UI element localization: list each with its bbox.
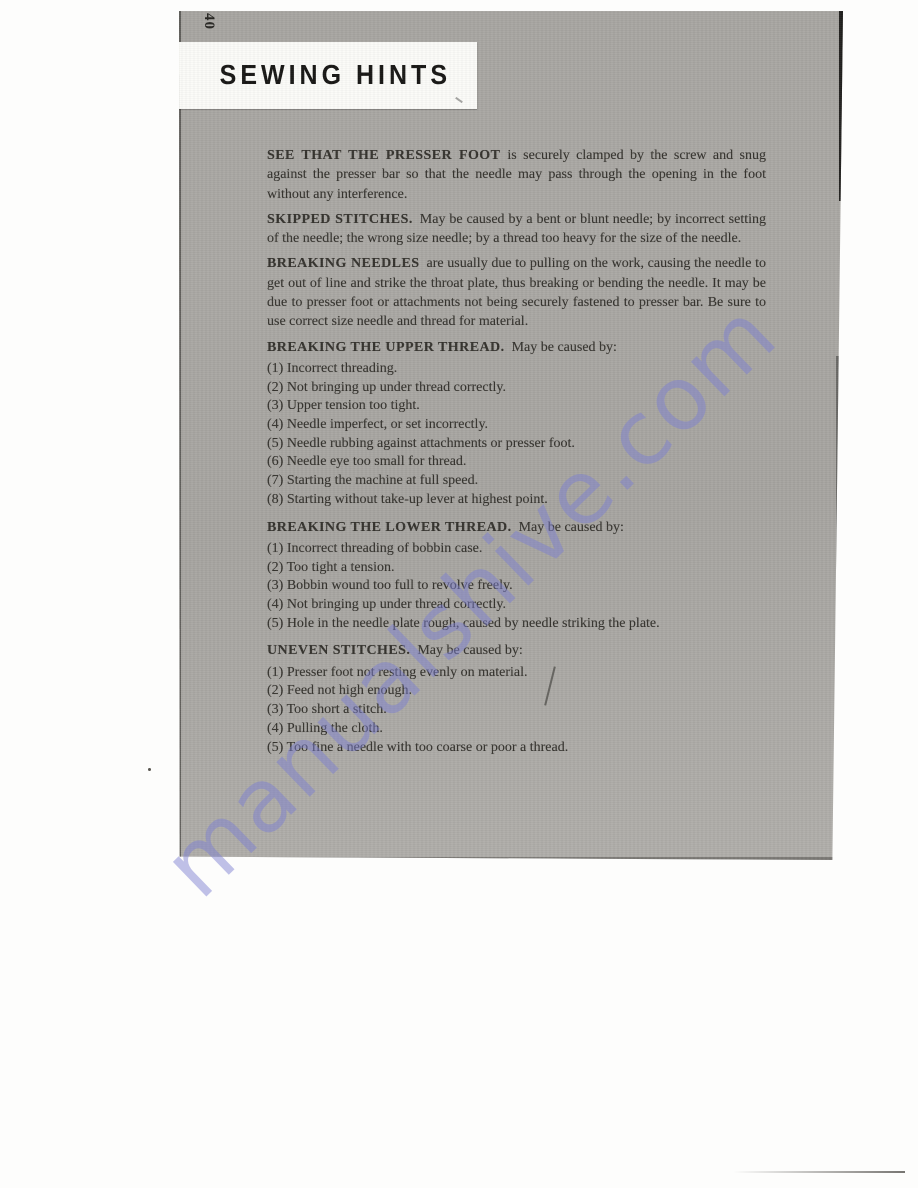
list-item: (5) Too fine a needle with too coarse or…: [267, 739, 766, 758]
list-item: (1) Incorrect threading of bobbin case.: [267, 540, 766, 559]
paragraph-heading: SKIPPED STITCHES.: [267, 212, 413, 227]
uneven-stitches-cause-list: (1) Presser foot not resting evenly on m…: [267, 664, 766, 758]
paragraph-heading: BREAKING THE LOWER THREAD.: [267, 520, 512, 535]
page-number: 40: [200, 13, 217, 30]
paragraph-heading: BREAKING NEEDLES: [267, 256, 419, 271]
paragraph-body: May be caused by:: [417, 643, 522, 658]
paragraph-heading: BREAKING THE UPPER THREAD.: [267, 340, 505, 355]
scanned-page: 40 SEWING HINTS SEE THAT THE PRESSER FOO…: [179, 11, 843, 860]
upper-thread-cause-list: (1) Incorrect threading. (2) Not bringin…: [267, 360, 766, 510]
list-item: (1) Incorrect threading.: [267, 360, 766, 379]
list-item: (7) Starting the machine at full speed.: [267, 472, 766, 491]
list-item: (3) Bobbin wound too full to revolve fre…: [267, 577, 766, 596]
title-box: SEWING HINTS: [179, 42, 477, 109]
paragraph-heading: SEE THAT THE PRESSER FOOT: [267, 148, 500, 163]
page-content: SEE THAT THE PRESSER FOOTis securely cla…: [267, 146, 766, 765]
paragraph-skipped-stitches: SKIPPED STITCHES.May be caused by a bent…: [267, 210, 766, 249]
list-item: (4) Not bringing up under thread correct…: [267, 596, 766, 615]
list-item: (1) Presser foot not resting evenly on m…: [267, 664, 766, 683]
list-item: (4) Pulling the cloth.: [267, 720, 766, 739]
list-item: (5) Hole in the needle plate rough, caus…: [267, 615, 766, 634]
margin-dot-artifact: [148, 768, 151, 771]
list-item: (5) Needle rubbing against attachments o…: [267, 435, 766, 454]
list-item: (4) Needle imperfect, or set incorrectly…: [267, 416, 766, 435]
page-right-edge-artifact-top: [839, 11, 843, 201]
heading-uneven-stitches: UNEVEN STITCHES.May be caused by:: [267, 641, 766, 660]
list-item: (2) Too tight a tension.: [267, 559, 766, 578]
scan-canvas: 40 SEWING HINTS SEE THAT THE PRESSER FOO…: [0, 0, 918, 1188]
heading-breaking-upper-thread: BREAKING THE UPPER THREAD.May be caused …: [267, 338, 766, 357]
page-title: SEWING HINTS: [220, 59, 451, 91]
list-item: (8) Starting without take-up lever at hi…: [267, 491, 766, 510]
paragraph-heading: UNEVEN STITCHES.: [267, 643, 410, 658]
lower-thread-cause-list: (1) Incorrect threading of bobbin case. …: [267, 540, 766, 634]
paragraph-presser-foot: SEE THAT THE PRESSER FOOTis securely cla…: [267, 146, 766, 204]
list-item: (6) Needle eye too small for thread.: [267, 453, 766, 472]
paragraph-body: May be caused by:: [519, 520, 624, 535]
page-left-edge-artifact: [179, 11, 181, 860]
list-item: (2) Feed not high enough.: [267, 682, 766, 701]
list-item: (3) Too short a stitch.: [267, 701, 766, 720]
paragraph-breaking-needles: BREAKING NEEDLESare usually due to pulli…: [267, 254, 766, 331]
next-page-edge-line: [733, 1171, 905, 1173]
list-item: (3) Upper tension too tight.: [267, 397, 766, 416]
page-right-edge-artifact-mid: [836, 356, 843, 576]
paragraph-body: May be caused by:: [512, 340, 617, 355]
page-bottom-edge-artifact: [179, 857, 843, 860]
heading-breaking-lower-thread: BREAKING THE LOWER THREAD.May be caused …: [267, 518, 766, 537]
list-item: (2) Not bringing up under thread correct…: [267, 379, 766, 398]
